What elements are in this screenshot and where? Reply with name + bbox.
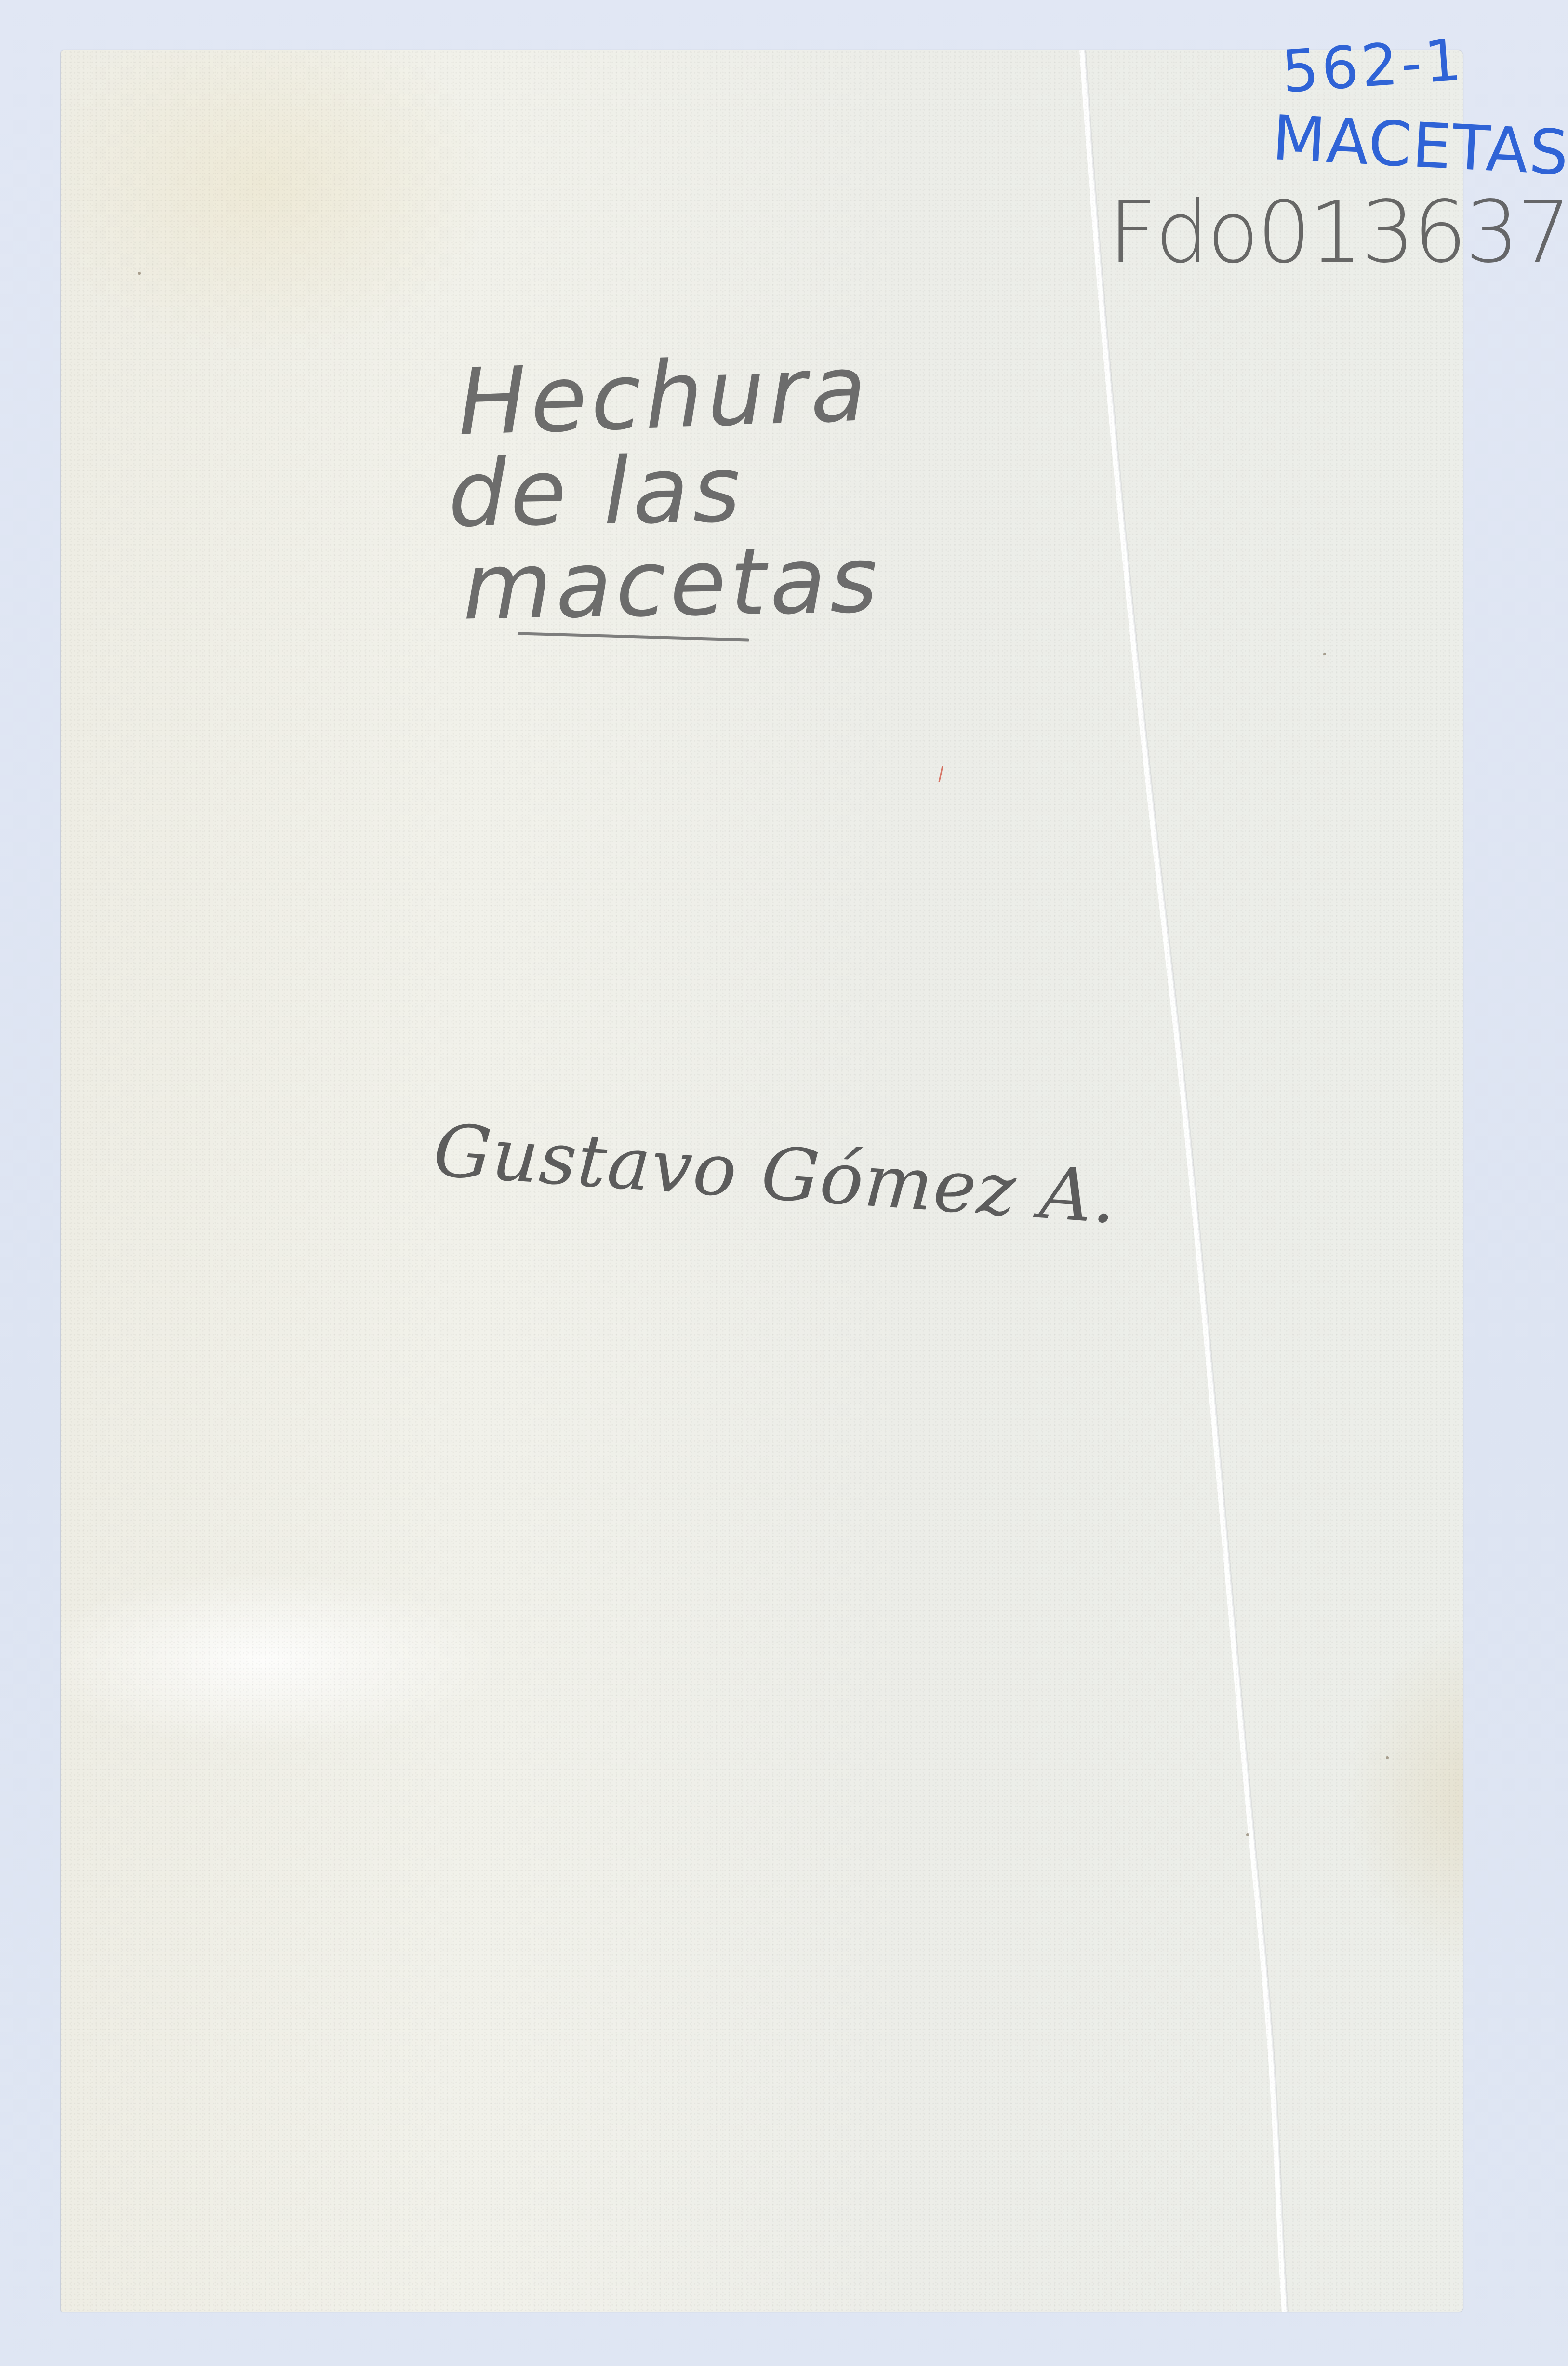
paper-speck bbox=[138, 272, 141, 275]
paper-speck bbox=[1246, 1833, 1249, 1836]
red-pencil-mark bbox=[938, 766, 943, 782]
paper-speck bbox=[1323, 653, 1326, 655]
reference-number: 562-1 bbox=[1280, 27, 1466, 106]
paper-speck bbox=[1386, 1756, 1389, 1759]
catalog-id: Fdo013637 bbox=[1108, 183, 1568, 282]
caption-line-3: macetas bbox=[462, 526, 882, 640]
